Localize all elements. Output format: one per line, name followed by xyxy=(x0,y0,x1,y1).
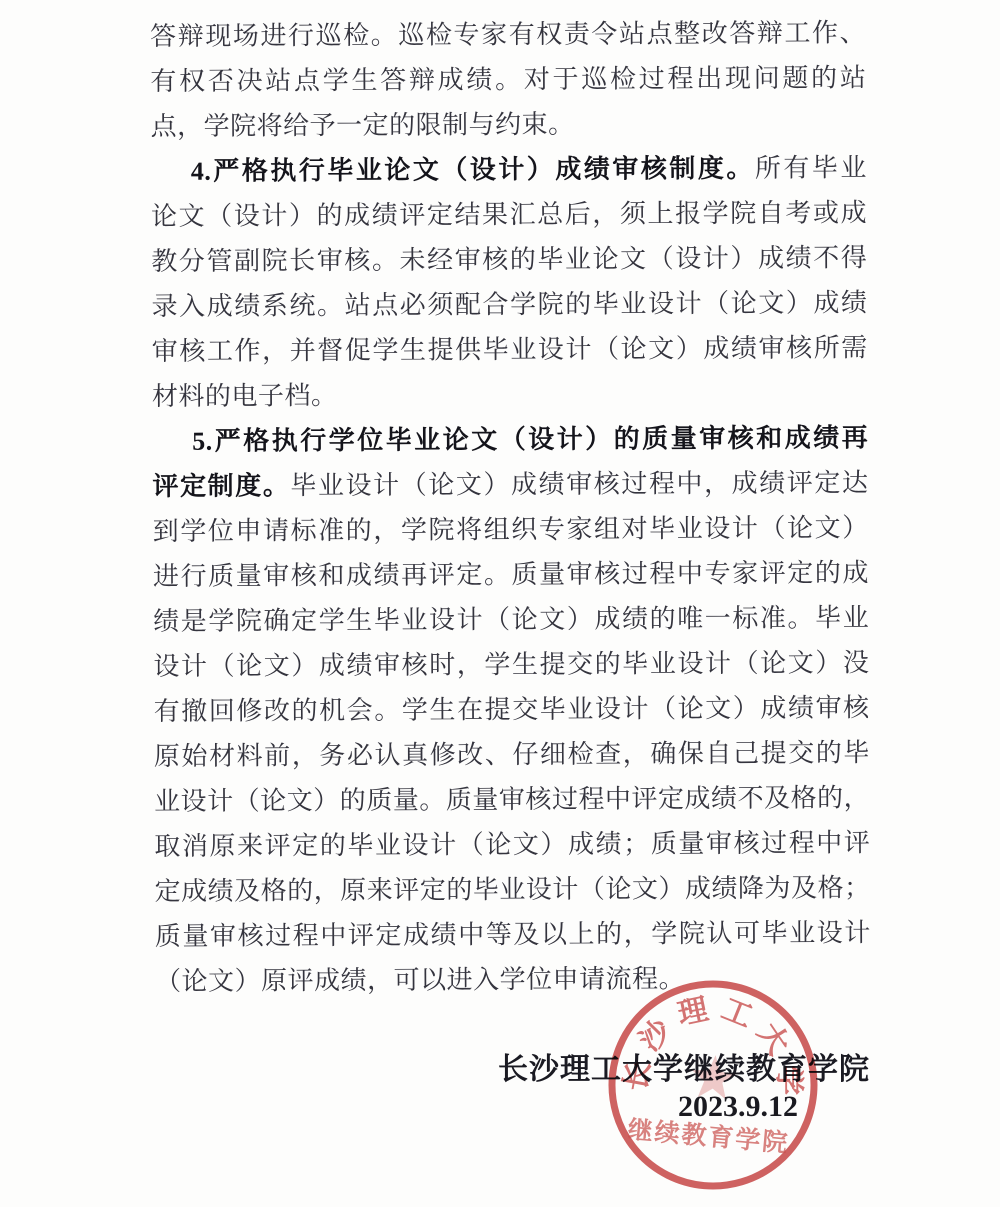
line-text: 质量审核过程中评定成绩中等及以上的，学院认可毕业设计 xyxy=(155,918,871,951)
text-line: 答辩现场进行巡检。巡检专家有权责令站点整改答辩工作、 xyxy=(150,10,866,59)
line-text: 论文（设计）的成绩评定结果汇总后，须上报学院自考或成 xyxy=(151,198,867,231)
text-line: 定成绩及格的，原来评定的毕业设计（论文）成绩降为及格； xyxy=(154,865,870,914)
text-line: 进行质量审核和成绩再评定。质量审核过程中专家评定的成 xyxy=(153,550,869,599)
line-text: 业设计（论文）的质量。质量审核过程中评定成绩不及格的， xyxy=(154,783,870,816)
text-block: 答辩现场进行巡检。巡检专家有权责令站点整改答辩工作、有权否决站点学生答辩成绩。对… xyxy=(150,10,871,1004)
text-line: 材料的电子档。 xyxy=(152,370,868,419)
line-bold-lead: 评定制度。 xyxy=(152,471,290,501)
line-bold-lead: 4.严格执行毕业论文（设计）成绩审核制度。 xyxy=(191,154,755,186)
line-text: 原始材料前，务必认真修改、仔细检查，确保自己提交的毕 xyxy=(154,738,870,771)
signature-line: 长沙理工大学继续教育学院 xyxy=(498,1044,870,1088)
text-line: 有权否决站点学生答辩成绩。对于巡检过程出现问题的站 xyxy=(150,55,866,104)
line-text: 录入成绩系统。站点必须配合学院的毕业设计（论文）成绩 xyxy=(151,288,867,321)
text-line: 5.严格执行学位毕业论文（设计）的质量审核和成绩再 xyxy=(152,415,868,464)
line-text: （论文）原评成绩，可以进入学位申请流程。 xyxy=(155,964,685,996)
text-line: 4.严格执行毕业论文（设计）成绩审核制度。所有毕业 xyxy=(151,145,867,194)
text-line: 质量审核过程中评定成绩中等及以上的，学院认可毕业设计 xyxy=(155,910,871,959)
text-line: 点，学院将给予一定的限制与约束。 xyxy=(150,100,866,149)
line-text: 答辩现场进行巡检。巡检专家有权责令站点整改答辩工作、 xyxy=(150,18,866,51)
text-line: 取消原来评定的毕业设计（论文）成绩；质量审核过程中评 xyxy=(154,820,870,869)
text-line: 录入成绩系统。站点必须配合学院的毕业设计（论文）成绩 xyxy=(151,280,867,329)
line-text: 审核工作，并督促学生提供毕业设计（论文）成绩审核所需 xyxy=(152,333,868,366)
text-line: （论文）原评成绩，可以进入学位申请流程。 xyxy=(155,955,871,1004)
text-line: 原始材料前，务必认真修改、仔细检查，确保自己提交的毕 xyxy=(154,730,870,779)
text-line: 教分管副院长审核。未经审核的毕业论文（设计）成绩不得 xyxy=(151,235,867,284)
line-text: 教分管副院长审核。未经审核的毕业论文（设计）成绩不得 xyxy=(151,243,867,276)
line-text: 有撤回修改的机会。学生在提交毕业设计（论文）成绩审核 xyxy=(154,693,870,726)
line-text: 点，学院将给予一定的限制与约束。 xyxy=(151,110,575,141)
line-text: 进行质量审核和成绩再评定。质量审核过程中专家评定的成 xyxy=(153,558,869,591)
line-text: 取消原来评定的毕业设计（论文）成绩；质量审核过程中评 xyxy=(154,828,870,861)
line-text: 到学位申请标准的，学院将组织专家组对毕业设计（论文） xyxy=(153,513,869,546)
text-line: 有撤回修改的机会。学生在提交毕业设计（论文）成绩审核 xyxy=(154,685,870,734)
line-text: 材料的电子档。 xyxy=(152,381,338,411)
line-bold-lead: 5.严格执行学位毕业论文（设计）的质量审核和成绩再 xyxy=(192,423,868,456)
line-text: 有权否决站点学生答辩成绩。对于巡检过程出现问题的站 xyxy=(150,63,866,96)
text-line: 到学位申请标准的，学院将组织专家组对毕业设计（论文） xyxy=(153,505,869,554)
text-line: 评定制度。毕业设计（论文）成绩审核过程中，成绩评定达 xyxy=(152,460,868,509)
line-text: 所有毕业 xyxy=(755,153,867,183)
line-text: 绩是学院确定学生毕业设计（论文）成绩的唯一标准。毕业 xyxy=(153,603,869,636)
line-text: 设计（论文）成绩审核时，学生提交的毕业设计（论文）没 xyxy=(153,648,869,681)
line-text: 毕业设计（论文）成绩审核过程中，成绩评定达 xyxy=(290,468,868,500)
text-line: 绩是学院确定学生毕业设计（论文）成绩的唯一标准。毕业 xyxy=(153,595,869,644)
text-line: 论文（设计）的成绩评定结果汇总后，须上报学院自考或成 xyxy=(151,190,867,239)
text-line: 设计（论文）成绩审核时，学生提交的毕业设计（论文）没 xyxy=(153,640,869,689)
date-line: 2023.9.12 xyxy=(678,1090,790,1124)
text-line: 业设计（论文）的质量。质量审核过程中评定成绩不及格的， xyxy=(154,775,870,824)
line-text: 定成绩及格的，原来评定的毕业设计（论文）成绩降为及格； xyxy=(155,873,871,906)
scanned-document-page: 答辩现场进行巡检。巡检专家有权责令站点整改答辩工作、有权否决站点学生答辩成绩。对… xyxy=(0,0,1000,1207)
text-line: 审核工作，并督促学生提供毕业设计（论文）成绩审核所需 xyxy=(152,325,868,374)
